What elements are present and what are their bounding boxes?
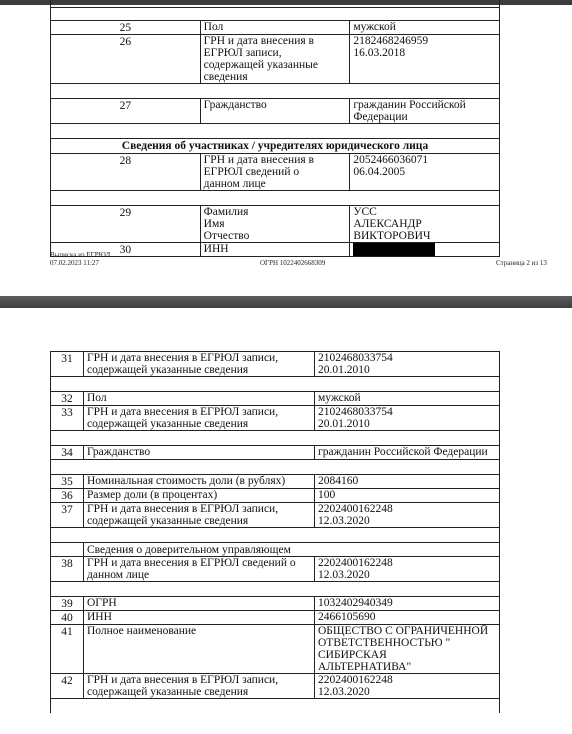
row-number: 36	[51, 489, 84, 503]
table-row: 32 Пол мужской	[51, 392, 500, 406]
row-value: мужской	[350, 21, 500, 35]
table-row-spacer	[51, 528, 500, 543]
blank-cell	[51, 124, 500, 139]
table-row-spacer	[51, 124, 500, 139]
row-number-empty	[51, 543, 84, 557]
row-label: Гражданство	[200, 99, 350, 124]
section-header: Сведения об участниках / учредителях юри…	[51, 139, 500, 154]
section-header-row: Сведения об участниках / учредителях юри…	[51, 139, 500, 154]
row-label: ГРН и дата внесения в ЕГРЮЛ сведений о д…	[84, 557, 315, 582]
row-number: 27	[51, 99, 201, 124]
row-value: 2102468033754 20.01.2010	[315, 406, 500, 431]
table-row: 40 ИНН 2466105690	[51, 611, 500, 625]
row-value: гражданин Российской Федерации	[315, 446, 500, 460]
row-value: УСС АЛЕКСАНДР ВИКТОРОВИЧ	[350, 206, 500, 243]
redaction-block	[353, 243, 435, 256]
table-row-spacer	[51, 431, 500, 446]
row-number: 39	[51, 597, 84, 611]
page-separator	[0, 296, 572, 308]
table-row: 30 ИНН	[51, 243, 500, 257]
row-value-redacted	[350, 243, 500, 257]
row-value: ОБЩЕСТВО С ОГРАНИЧЕННОЙ ОТВЕТСТВЕННОСТЬЮ…	[315, 625, 500, 674]
egrul-table-page-2: 31 ГРН и дата внесения в ЕГРЮЛ записи, с…	[50, 351, 500, 713]
row-value: 2182468246959 16.03.2018	[350, 35, 500, 84]
row-number: 29	[51, 206, 201, 243]
footer-left: Выписка из ЕГРЮЛ 07.02.2023 11:27	[50, 251, 110, 267]
footer-timestamp: 07.02.2023 11:27	[50, 259, 110, 267]
row-value: 2084160	[315, 475, 500, 489]
row-label: Номинальная стоимость доли (в рублях)	[84, 475, 315, 489]
row-number: 41	[51, 625, 84, 674]
row-label: ИНН	[200, 243, 350, 257]
table-row-spacer	[51, 699, 500, 714]
table-row: 39 ОГРН 1032402940349	[51, 597, 500, 611]
table-row: 27 Гражданство гражданин Российской Феде…	[51, 99, 500, 124]
blank-cell	[51, 8, 500, 21]
row-label: Пол	[84, 392, 315, 406]
row-value: 2052466036071 06.04.2005	[350, 154, 500, 191]
row-number: 33	[51, 406, 84, 431]
row-number: 26	[51, 35, 201, 84]
footer-ogrn: ОГРН 1022402668309	[260, 259, 325, 267]
table-row-spacer	[51, 460, 500, 475]
row-value: 2202400162248 12.03.2020	[315, 674, 500, 699]
row-label: ГРН и дата внесения в ЕГРЮЛ сведений о д…	[200, 154, 350, 191]
table-row-spacer	[51, 191, 500, 206]
blank-cell	[51, 431, 500, 446]
row-label: Гражданство	[84, 446, 315, 460]
blank-cell	[51, 191, 500, 206]
table-row: 28 ГРН и дата внесения в ЕГРЮЛ сведений …	[51, 154, 500, 191]
subsection-title: Сведения о доверительном управляющем	[84, 543, 500, 557]
footer-doc-title: Выписка из ЕГРЮЛ	[50, 251, 110, 259]
table-row: 33 ГРН и дата внесения в ЕГРЮЛ записи, с…	[51, 406, 500, 431]
row-value: мужской	[315, 392, 500, 406]
row-number: 40	[51, 611, 84, 625]
blank-cell	[51, 84, 500, 99]
row-label: ОГРН	[84, 597, 315, 611]
row-label: ГРН и дата внесения в ЕГРЮЛ записи, соде…	[84, 503, 315, 528]
table-row: 38 ГРН и дата внесения в ЕГРЮЛ сведений …	[51, 557, 500, 582]
table-row: 26 ГРН и дата внесения в ЕГРЮЛ записи, с…	[51, 35, 500, 84]
table-row: 35 Номинальная стоимость доли (в рублях)…	[51, 475, 500, 489]
row-number: 42	[51, 674, 84, 699]
row-label: ГРН и дата внесения в ЕГРЮЛ записи, соде…	[84, 406, 315, 431]
row-value: гражданин Российской Федерации	[350, 99, 500, 124]
egrul-table-page-1: 25 Пол мужской 26 ГРН и дата внесения в …	[50, 0, 500, 257]
table-row: 25 Пол мужской	[51, 21, 500, 35]
blank-cell	[51, 0, 500, 8]
row-value: 2202400162248 12.03.2020	[315, 503, 500, 528]
row-number: 32	[51, 392, 84, 406]
table-row: 36 Размер доли (в процентах) 100	[51, 489, 500, 503]
row-number: 38	[51, 557, 84, 582]
row-value: 1032402940349	[315, 597, 500, 611]
row-label: ГРН и дата внесения в ЕГРЮЛ записи, соде…	[84, 674, 315, 699]
row-label: ГРН и дата внесения в ЕГРЮЛ записи, соде…	[84, 352, 315, 377]
blank-cell	[51, 699, 500, 714]
table-row-spacer	[51, 8, 500, 21]
row-value: 2102468033754 20.01.2010	[315, 352, 500, 377]
table-row: 29 Фамилия Имя Отчество УСС АЛЕКСАНДР ВИ…	[51, 206, 500, 243]
blank-cell	[51, 528, 500, 543]
row-number: 28	[51, 154, 201, 191]
table-row-spacer	[51, 84, 500, 99]
row-label: Размер доли (в процентах)	[84, 489, 315, 503]
table-row: 31 ГРН и дата внесения в ЕГРЮЛ записи, с…	[51, 352, 500, 377]
row-label: Полное наименование	[84, 625, 315, 674]
table-row-spacer	[51, 377, 500, 392]
row-number: 35	[51, 475, 84, 489]
table-row: 34 Гражданство гражданин Российской Феде…	[51, 446, 500, 460]
table-row	[51, 0, 500, 8]
table-row: 37 ГРН и дата внесения в ЕГРЮЛ записи, с…	[51, 503, 500, 528]
row-number: 37	[51, 503, 84, 528]
table-row-spacer	[51, 582, 500, 597]
blank-cell	[51, 377, 500, 392]
footer-page-number: Страница 2 из 13	[496, 259, 547, 267]
row-value: 2202400162248 12.03.2020	[315, 557, 500, 582]
blank-cell	[51, 582, 500, 597]
row-number: 31	[51, 352, 84, 377]
row-label: ГРН и дата внесения в ЕГРЮЛ записи, соде…	[200, 35, 350, 84]
table-row: 42 ГРН и дата внесения в ЕГРЮЛ записи, с…	[51, 674, 500, 699]
row-label: Пол	[200, 21, 350, 35]
row-label: ИНН	[84, 611, 315, 625]
row-value: 2466105690	[315, 611, 500, 625]
blank-cell	[51, 460, 500, 475]
table-row: 41 Полное наименование ОБЩЕСТВО С ОГРАНИ…	[51, 625, 500, 674]
row-label: Фамилия Имя Отчество	[200, 206, 350, 243]
row-number: 25	[51, 21, 201, 35]
row-value: 100	[315, 489, 500, 503]
subsection-row: Сведения о доверительном управляющем	[51, 543, 500, 557]
row-number: 34	[51, 446, 84, 460]
